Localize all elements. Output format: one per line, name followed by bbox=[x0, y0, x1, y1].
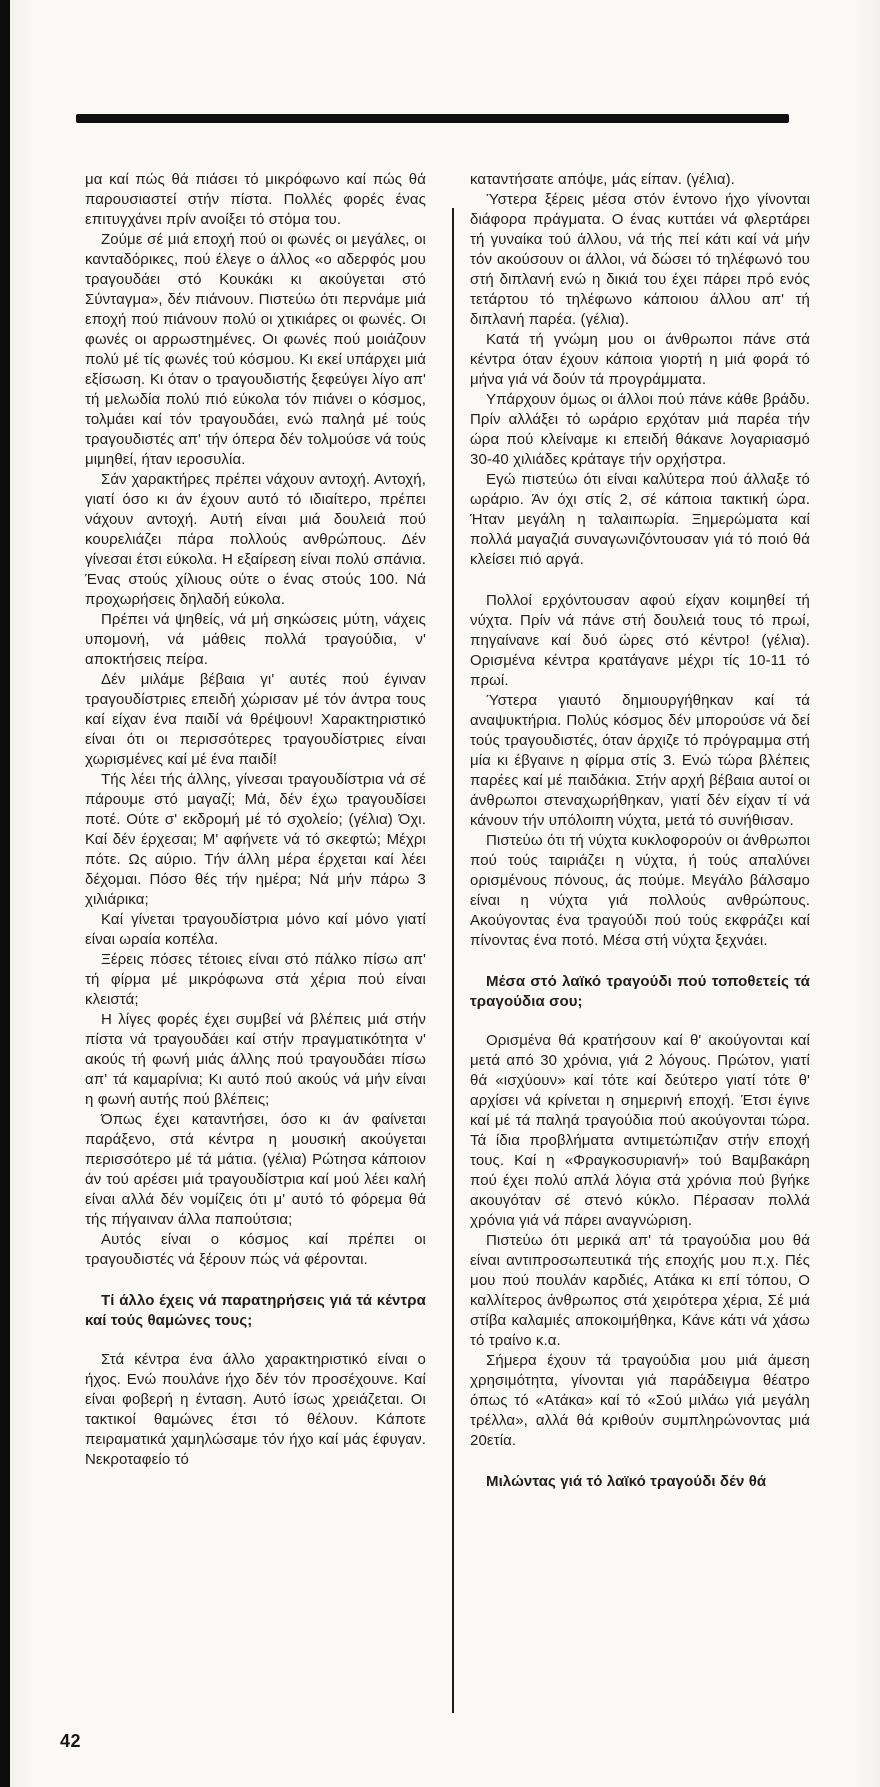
paragraph: Σήμερα έχουν τά τραγούδια μου μιά άμεση … bbox=[470, 1351, 810, 1451]
right-column: καταντήσατε απόψε, μάς είπαν. (γέλια). Ύ… bbox=[470, 170, 810, 1511]
top-rule bbox=[76, 114, 789, 123]
paragraph: καταντήσατε απόψε, μάς είπαν. (γέλια). bbox=[470, 170, 810, 190]
interview-question: Τί άλλο έχεις νά παρατηρήσεις γιά τά κέν… bbox=[85, 1291, 426, 1331]
paragraph: Στά κέντρα ένα άλλο χαρακτηριστικό είναι… bbox=[85, 1350, 426, 1470]
paragraph: Η λίγες φορές έχει συμβεί νά βλέπεις μιά… bbox=[85, 1010, 426, 1110]
paragraph: Ύστερα ξέρεις μέσα στόν έντονο ήχο γίνον… bbox=[470, 190, 810, 330]
paragraph: Καί γίνεται τραγουδίστρια μόνο καί μόνο … bbox=[85, 910, 426, 950]
column-divider bbox=[452, 208, 454, 1713]
magazine-page: μα καί πώς θά πιάσει τό μικρόφωνο καί πώ… bbox=[0, 0, 880, 1787]
paragraph: Ύστερα γιαυτό δημιουργήθηκαν καί τά αναψ… bbox=[470, 691, 810, 831]
paragraph: Αυτός είναι ο κόσμος καί πρέπει οι τραγο… bbox=[85, 1230, 426, 1270]
paragraph: Πρέπει νά ψηθείς, νά μή σηκώσεις μύτη, ν… bbox=[85, 610, 426, 670]
paragraph: Υπάρχουν όμως οι άλλοι πού πάνε κάθε βρά… bbox=[470, 390, 810, 470]
paragraph: Σάν χαρακτήρες πρέπει νάχουν αντοχή. Αντ… bbox=[85, 470, 426, 610]
interview-question: Μιλώντας γιά τό λαϊκό τραγούδι δέν θά bbox=[470, 1472, 810, 1492]
paragraph: Όπως έχει καταντήσει, όσο κι άν φαίνεται… bbox=[85, 1110, 426, 1230]
paragraph: Κατά τή γνώμη μου οι άνθρωποι πάνε στά κ… bbox=[470, 330, 810, 390]
paragraph: Εγώ πιστεύω ότι είναι καλύτερα πού άλλαξ… bbox=[470, 470, 810, 570]
paragraph: μα καί πώς θά πιάσει τό μικρόφωνο καί πώ… bbox=[85, 170, 426, 230]
paragraph: Ζούμε σέ μιά εποχή πού οι φωνές οι μεγάλ… bbox=[85, 230, 426, 470]
left-column: μα καί πώς θά πιάσει τό μικρόφωνο καί πώ… bbox=[85, 170, 426, 1470]
interview-question: Μέσα στό λαϊκό τραγούδι πού τοποθετείς τ… bbox=[470, 972, 810, 1012]
paragraph: Δέν μιλάμε βέβαια γι' αυτές πού έγιναν τ… bbox=[85, 670, 426, 770]
spine-bar bbox=[0, 0, 10, 1787]
paragraph: Πιστεύω ότι μερικά απ' τά τραγούδια μου … bbox=[470, 1231, 810, 1351]
paragraph: Πολλοί ερχόντουσαν αφού είχαν κοιμηθεί τ… bbox=[470, 591, 810, 691]
paragraph: Πιστεύω ότι τή νύχτα κυκλοφορούν οι άνθρ… bbox=[470, 831, 810, 951]
paragraph: Ξέρεις πόσες τέτοιες είναι στό πάλκο πίσ… bbox=[85, 950, 426, 1010]
paragraph: Ορισμένα θά κρατήσουν καί θ' ακούγονται … bbox=[470, 1031, 810, 1231]
paragraph: Τής λέει τής άλλης, γίνεσαι τραγουδίστρι… bbox=[85, 770, 426, 910]
page-number: 42 bbox=[60, 1731, 81, 1752]
